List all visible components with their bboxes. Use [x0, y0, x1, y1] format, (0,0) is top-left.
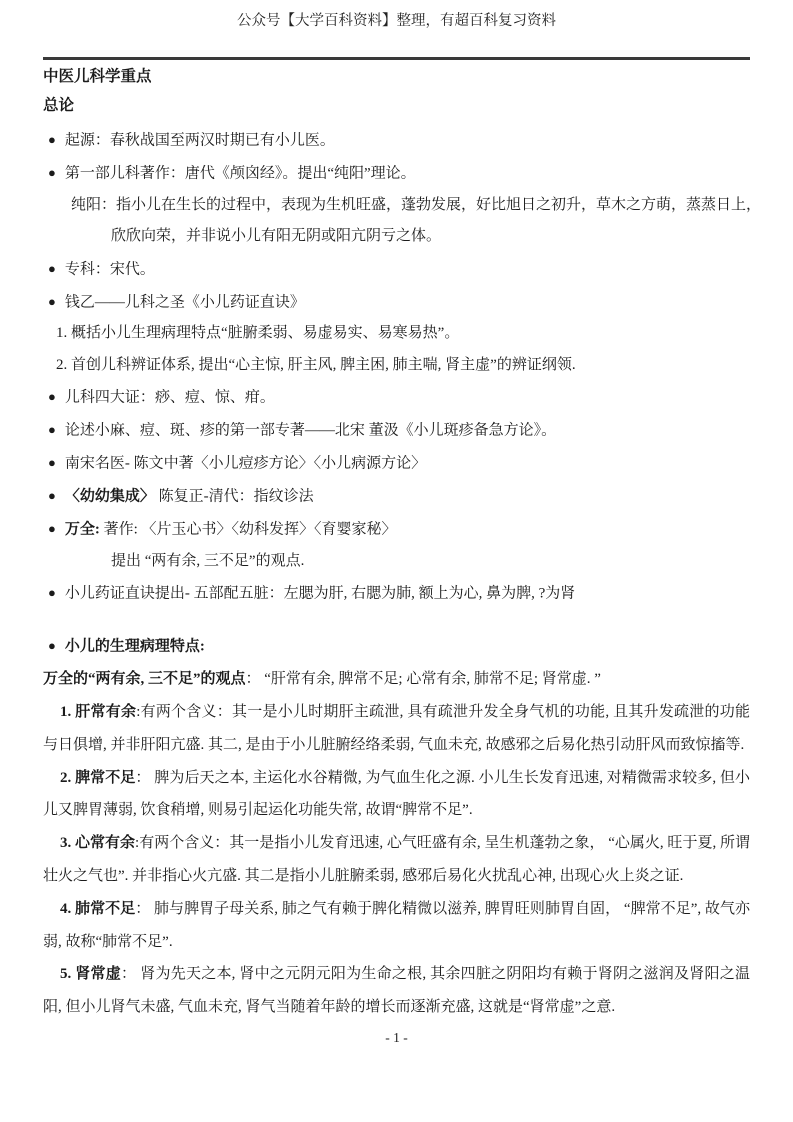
- document-page: 公众号【大学百科资料】整理，有超百科复习资料 中医儿科学重点 总论 ●起源：春秋…: [0, 0, 793, 1122]
- list-item-text: 专科：宋代。: [65, 261, 155, 277]
- list-item-text: 儿科四大证：痧、痘、惊、疳。: [65, 390, 275, 406]
- sub-item: 1. 概括小儿生理病理特点“脏腑柔弱、易虚易实、易寒易热”。: [56, 318, 750, 349]
- bullet-icon: ●: [48, 157, 56, 188]
- viewpoint-lead: 万全的“两有余, 三不足”的观点: [43, 671, 246, 687]
- list-item-text: 陈复正-清代：指纹诊法: [155, 488, 314, 504]
- page-number: - 1 -: [0, 1030, 793, 1046]
- paragraph-lead: 4. 肺常不足: [60, 901, 135, 917]
- paragraph-text: ： 肺与脾胃子母关系, 肺之气有赖于脾化精微以滋养, 脾胃旺则肺胃自固， “脾常…: [43, 901, 750, 950]
- sub-item: 2. 首创儿科辨证体系, 提出“心主惊, 肝主风, 脾主困, 肺主喘, 肾主虚”…: [56, 350, 750, 381]
- sub-item-text: 提出 “两有余, 三不足”的观点.: [111, 553, 304, 569]
- paragraph-liver: 1. 肝常有余:有两个含义：其一是小儿时期肝主疏泄, 具有疏泄升发全身气机的功能…: [43, 696, 750, 762]
- list-item: ●钱乙——儿科之圣《小儿药证直诀》: [43, 286, 750, 319]
- sub-item: 欣欣向荣，并非说小儿有阳无阴或阳亢阴亏之体。: [111, 221, 750, 252]
- bullet-icon: ●: [48, 124, 56, 155]
- sub-item-text: 欣欣向荣，并非说小儿有阳无阴或阳亢阴亏之体。: [111, 228, 441, 244]
- viewpoint-line: 万全的“两有余, 三不足”的观点： “肝常有余, 脾常不足; 心常有余, 肺常不…: [43, 663, 750, 696]
- section-heading-physiology: ●小儿的生理病理特点:: [43, 630, 750, 663]
- sub-item: 提出 “两有余, 三不足”的观点.: [111, 546, 750, 577]
- paragraph-text: :有两个含义：其一是指小儿发育迅速, 心气旺盛有余, 呈生机蓬勃之象， “心属火…: [43, 835, 750, 884]
- bullet-icon: ●: [48, 253, 56, 284]
- paragraph-text: ： 肾为先天之本, 肾中之元阴元阳为生命之根, 其余四脏之阴阳均有赖于肾阴之滋润…: [43, 966, 750, 1015]
- section-heading-general: 总论: [43, 95, 750, 117]
- list-item-bold: 〈幼幼集成〉: [65, 488, 155, 504]
- list-item: ●儿科四大证：痧、痘、惊、疳。: [43, 381, 750, 414]
- sub-item-text: 1. 概括小儿生理病理特点“脏腑柔弱、易虚易实、易寒易热”。: [56, 325, 459, 341]
- list-item: ●起源：春秋战国至两汉时期已有小儿医。: [43, 124, 750, 157]
- bullet-icon: ●: [48, 577, 56, 608]
- paragraph-text: ： 脾为后天之本, 主运化水谷精微, 为气血生化之源. 小儿生长发育迅速, 对精…: [43, 770, 750, 819]
- list-item-bold: 万全:: [65, 521, 100, 537]
- list-item-text: 钱乙——儿科之圣《小儿药证直诀》: [65, 294, 305, 310]
- paragraph-lead: 2. 脾常不足: [60, 770, 135, 786]
- bullet-icon: ●: [48, 381, 56, 412]
- paragraph-lung: 4. 肺常不足： 肺与脾胃子母关系, 肺之气有赖于脾化精微以滋养, 脾胃旺则肺胃…: [43, 893, 750, 959]
- list-item: ●专科：宋代。: [43, 253, 750, 286]
- sub-item-text: 纯阳：指小儿在生长的过程中，表现为生机旺盛，蓬勃发展，好比旭日之初升，草木之方萌…: [71, 197, 761, 213]
- viewpoint-text: ： “肝常有余, 脾常不足; 心常有余, 肺常不足; 肾常虚. ”: [246, 671, 601, 687]
- paragraph-text: :有两个含义：其一是小儿时期肝主疏泄, 具有疏泄升发全身气机的功能, 且其升发疏…: [43, 704, 750, 753]
- bullet-icon: ●: [48, 414, 56, 445]
- bullet-icon: ●: [48, 630, 56, 661]
- bullet-icon: ●: [48, 513, 56, 544]
- list-item: ●小儿药证直诀提出- 五部配五脏：左腮为肝, 右腮为肺, 额上为心, 鼻为脾, …: [43, 577, 750, 610]
- list-item: ●〈幼幼集成〉 陈复正-清代：指纹诊法: [43, 480, 750, 513]
- list-item-text: 小儿药证直诀提出- 五部配五脏：左腮为肝, 右腮为肺, 额上为心, 鼻为脾, ?…: [65, 586, 575, 602]
- list-item: ●论述小麻、痘、斑、疹的第一部专著——北宋 董汲《小儿斑疹备急方论》。: [43, 414, 750, 447]
- sub-item: 纯阳：指小儿在生长的过程中，表现为生机旺盛，蓬勃发展，好比旭日之初升，草木之方萌…: [71, 190, 750, 221]
- list-item: ●第一部儿科著作：唐代《颅囟经》。提出“纯阳”理论。: [43, 157, 750, 190]
- document-body: 中医儿科学重点 总论 ●起源：春秋战国至两汉时期已有小儿医。 ●第一部儿科著作：…: [0, 66, 793, 1024]
- bullet-icon: ●: [48, 480, 56, 511]
- list-item-text: 论述小麻、痘、斑、疹的第一部专著——北宋 董汲《小儿斑疹备急方论》。: [65, 423, 556, 439]
- page-title: 中医儿科学重点: [43, 66, 750, 88]
- section-heading-text: 小儿的生理病理特点:: [65, 639, 205, 655]
- paragraph-spleen: 2. 脾常不足： 脾为后天之本, 主运化水谷精微, 为气血生化之源. 小儿生长发…: [43, 762, 750, 828]
- paragraph-heart: 3. 心常有余:有两个含义：其一是指小儿发育迅速, 心气旺盛有余, 呈生机蓬勃之…: [43, 827, 750, 893]
- sub-item-text: 2. 首创儿科辨证体系, 提出“心主惊, 肝主风, 脾主困, 肺主喘, 肾主虚”…: [56, 357, 576, 373]
- paragraph-lead: 1. 肝常有余: [60, 704, 136, 720]
- header-note: 公众号【大学百科资料】整理，有超百科复习资料: [0, 0, 793, 30]
- divider-rule: [43, 57, 750, 60]
- list-item: ●南宋名医- 陈文中著〈小儿痘疹方论〉〈小儿病源方论〉: [43, 447, 750, 480]
- list-item-text: 南宋名医- 陈文中著〈小儿痘疹方论〉〈小儿病源方论〉: [65, 456, 426, 472]
- list-item-text: 起源：春秋战国至两汉时期已有小儿医。: [65, 133, 335, 149]
- paragraph-lead: 5. 肾常虚: [60, 966, 121, 982]
- list-item-text: 著作: 〈片玉心书〉〈幼科发挥〉〈育婴家秘〉: [100, 521, 397, 537]
- bullet-icon: ●: [48, 447, 56, 478]
- paragraph-kidney: 5. 肾常虚： 肾为先天之本, 肾中之元阴元阳为生命之根, 其余四脏之阴阳均有赖…: [43, 958, 750, 1024]
- bullet-icon: ●: [48, 286, 56, 317]
- paragraph-lead: 3. 心常有余: [60, 835, 135, 851]
- list-item: ●万全: 著作: 〈片玉心书〉〈幼科发挥〉〈育婴家秘〉: [43, 513, 750, 546]
- list-item-text: 第一部儿科著作：唐代《颅囟经》。提出“纯阳”理论。: [65, 165, 416, 181]
